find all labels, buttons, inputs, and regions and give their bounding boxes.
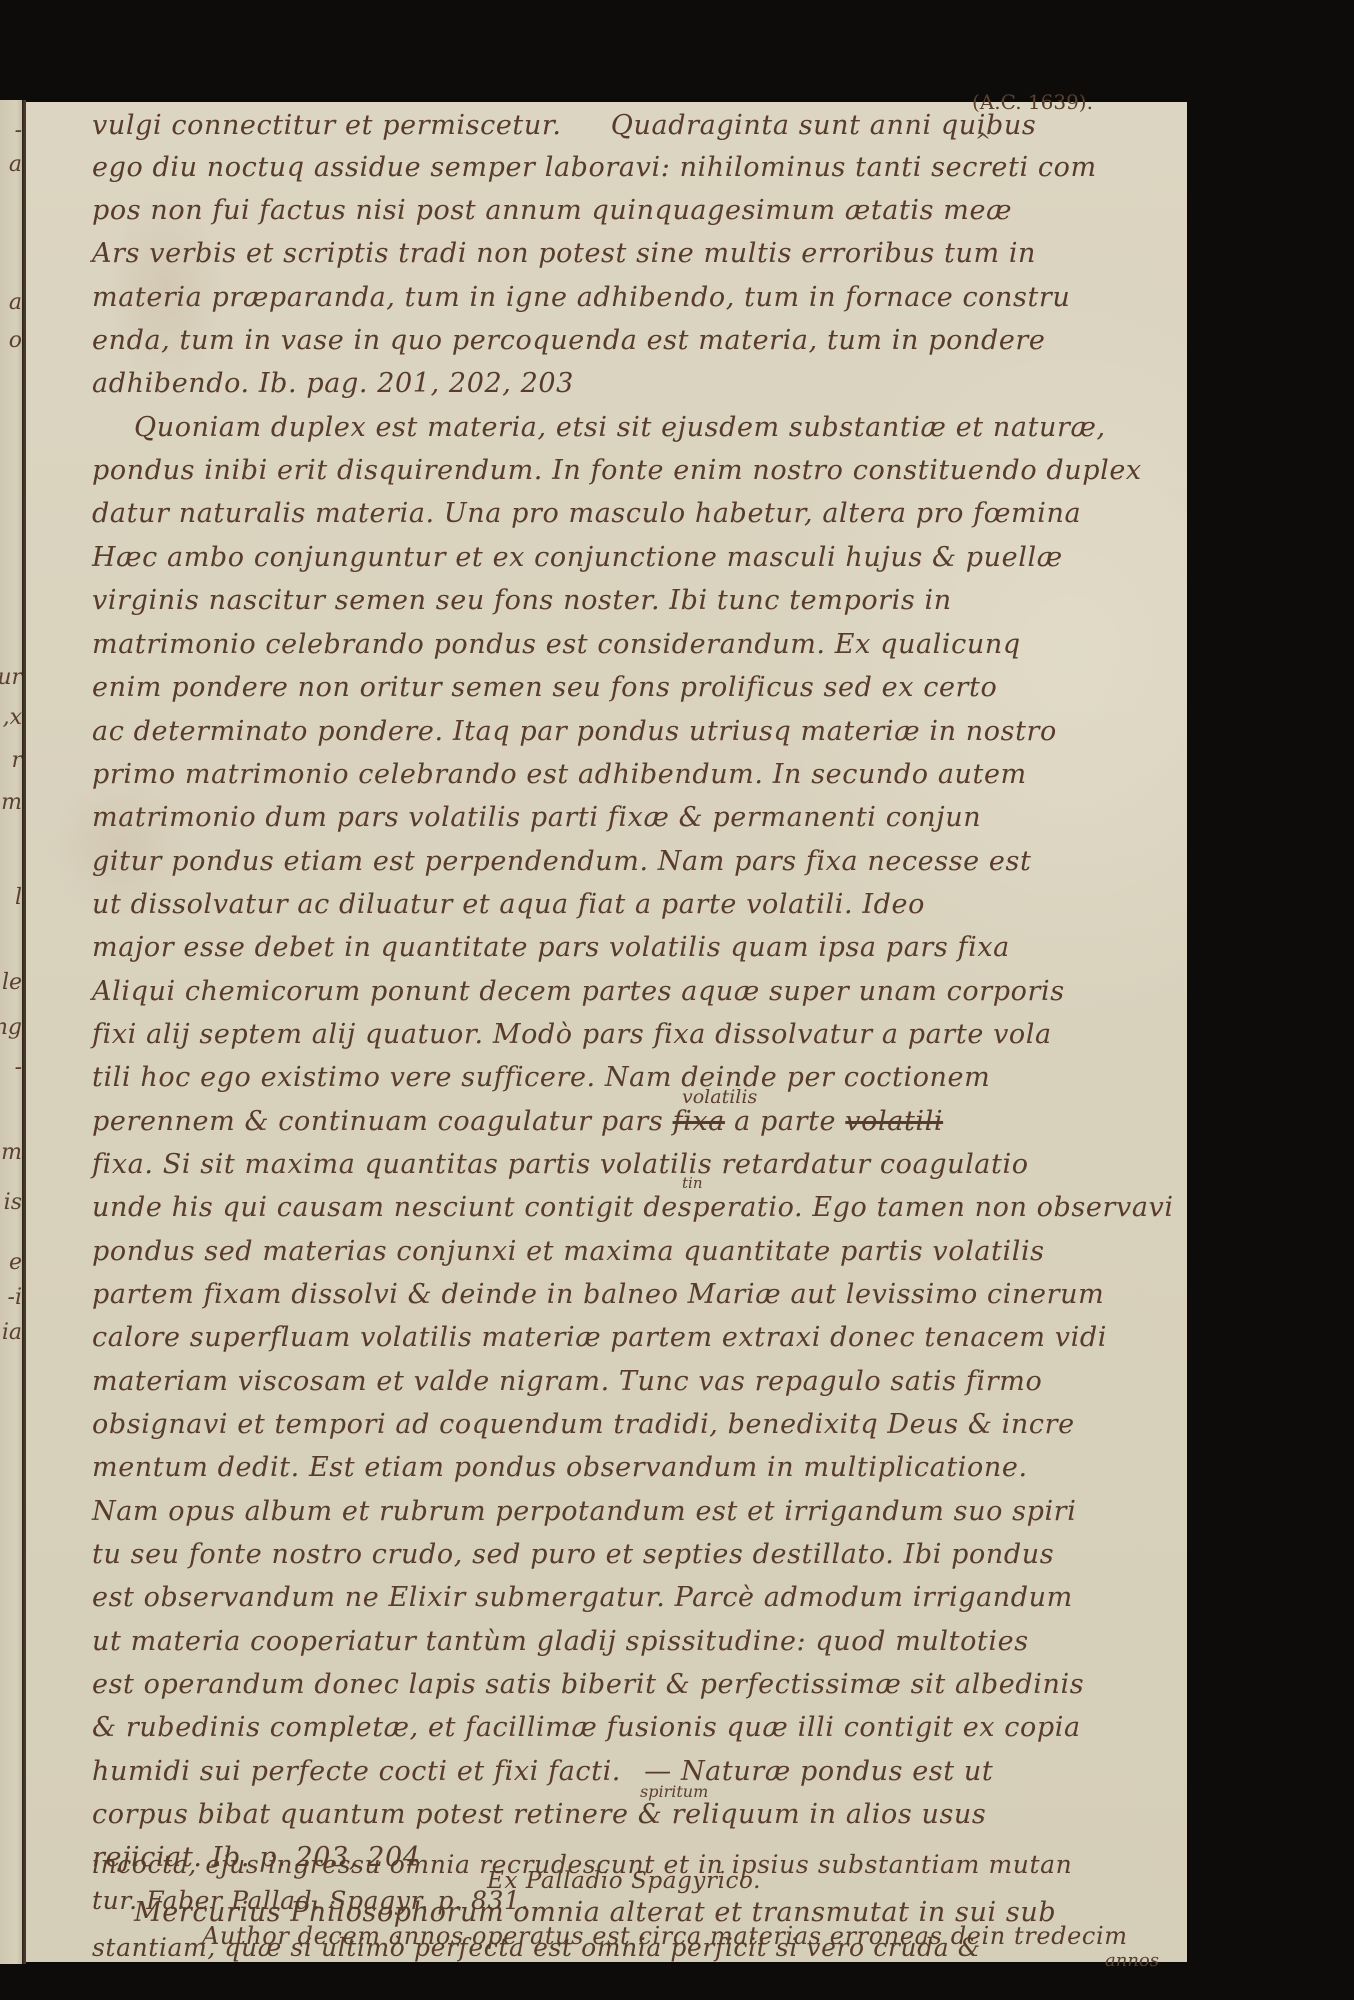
text-line: Hæc ambo conjunguntur et ex conjunctione… bbox=[92, 542, 1063, 573]
text-line: primo matrimonio celebrando est adhibend… bbox=[92, 759, 1027, 790]
text-line: ut materia cooperiatur tantùm gladij spi… bbox=[92, 1626, 1029, 1657]
text-line: partem fixam dissolvi & deinde in balneo… bbox=[92, 1279, 1104, 1310]
facing-fragment: le bbox=[0, 970, 22, 995]
text-line: tu seu fonte nostro crudo, sed puro et s… bbox=[92, 1539, 1054, 1570]
facing-fragment: is bbox=[0, 1190, 22, 1215]
line-segment: reliquum in alios usus bbox=[672, 1799, 987, 1830]
facing-fragment: o bbox=[0, 328, 22, 353]
text-line: vulgi connectitur et permiscetur. Quadra… bbox=[92, 110, 1036, 141]
text-line: mentum dedit. Est etiam pondus observand… bbox=[92, 1452, 1028, 1483]
manuscript-page: vulgi connectitur et permiscetur. Quadra… bbox=[26, 102, 1187, 1962]
interlinear-insertion: volatilis bbox=[682, 1086, 757, 1108]
text-line: pos non fui factus nisi post annum quinq… bbox=[92, 195, 1012, 226]
text-line: calore superfluam volatilis materiæ part… bbox=[92, 1322, 1107, 1353]
text-line: tili hoc ego existimo vere sufficere. Na… bbox=[92, 1062, 990, 1093]
facing-fragment: - bbox=[0, 118, 22, 143]
line-segment: humidi sui perfecte cocti et fixi facti. bbox=[92, 1756, 621, 1787]
line-segment: corpus bibat quantum potest retinere & bbox=[92, 1799, 662, 1830]
text-line: obsignavi et tempori ad coquendum tradid… bbox=[92, 1409, 1075, 1440]
text-line: adhibendo. Ib. pag. 201, 202, 203 bbox=[92, 368, 574, 399]
facing-fragment: i- bbox=[0, 1285, 22, 1310]
text-line: datur naturalis materia. Una pro masculo… bbox=[92, 498, 1081, 529]
text-line: Nam opus album et rubrum perpotandum est… bbox=[92, 1496, 1076, 1527]
interlinear-insertion: spiritum bbox=[640, 1782, 708, 1801]
facing-fragment: r bbox=[0, 748, 22, 773]
text-line: Ars verbis et scriptis tradi non potest … bbox=[92, 238, 1036, 269]
manuscript-tail: incocta, ejus ingressu omnia recrudescun… bbox=[92, 1838, 1182, 1958]
facing-fragment: a bbox=[0, 290, 22, 315]
facing-fragment: tum bbox=[0, 1140, 22, 1165]
citation-line: tur. Faber Pallad. Spagyr. p. 831. bbox=[92, 1886, 529, 1915]
text-line: & rubedinis completæ, et facillimæ fusio… bbox=[92, 1712, 1081, 1743]
line-segment: a parte bbox=[734, 1106, 836, 1137]
text-line: pondus inibi erit disquirendum. In fonte… bbox=[92, 455, 1142, 486]
facing-fragment: x, bbox=[0, 705, 22, 730]
text-line: fixa. Si sit maxima quantitas partis vol… bbox=[92, 1149, 1029, 1180]
text-line: fixi alij septem alij quatuor. Modò pars… bbox=[92, 1019, 1052, 1050]
facing-fragment: ia bbox=[0, 1320, 22, 1345]
text-line: humidi sui perfecte cocti et fixi facti.… bbox=[92, 1756, 993, 1787]
facing-fragment: l bbox=[0, 885, 22, 910]
facing-fragment: a bbox=[0, 152, 22, 177]
text-line: materia præparanda, tum in igne adhibend… bbox=[92, 282, 1070, 313]
interlinear-insertion: tin bbox=[682, 1174, 703, 1192]
facing-fragment: ur bbox=[0, 665, 22, 690]
text-line: corpus bibat quantum potest retinere & r… bbox=[92, 1799, 986, 1830]
struck-word: fixa bbox=[673, 1106, 725, 1137]
date-annotation: (A.C. 1639). bbox=[972, 90, 1093, 114]
text-line: materiam viscosam et valde nigram. Tunc … bbox=[92, 1366, 1042, 1397]
facing-fragment: m bbox=[0, 790, 22, 815]
line-segment: vulgi connectitur et permiscetur. bbox=[92, 110, 562, 141]
facing-fragment: e bbox=[0, 1250, 22, 1275]
text-line: ac determinato pondere. Itaq par pondus … bbox=[92, 716, 1057, 747]
text-line: matrimonio celebrando pondus est conside… bbox=[92, 629, 1021, 660]
text-line: est operandum donec lapis satis biberit … bbox=[92, 1669, 1084, 1700]
text-line: major esse debet in quantitate pars vola… bbox=[92, 932, 1010, 963]
paragraph-start-line: Quoniam duplex est materia, etsi sit eju… bbox=[134, 412, 1106, 443]
text-line: ut dissolvatur ac diluatur et aqua fiat … bbox=[92, 889, 925, 920]
text-line: est observandum ne Elixir submergatur. P… bbox=[92, 1582, 1073, 1613]
catchword: annos bbox=[1105, 1950, 1159, 1971]
text-line: virginis nascitur semen seu fons noster.… bbox=[92, 585, 952, 616]
text-line: enim pondere non oritur semen seu fons p… bbox=[92, 672, 997, 703]
facing-fragment: - bbox=[0, 1055, 22, 1080]
text-line: enda, tum in vase in quo percoquenda est… bbox=[92, 325, 1046, 356]
struck-word: volatili bbox=[845, 1106, 943, 1137]
text-line: matrimonio dum pars volatilis parti fixæ… bbox=[92, 802, 981, 833]
line-segment: perennem & continuam coagulatur pars bbox=[92, 1106, 663, 1137]
text-line: incocta, ejus ingressu omnia recrudescun… bbox=[92, 1850, 1072, 1879]
facing-fragment: ng bbox=[0, 1015, 22, 1040]
insertion-caret: ^ bbox=[975, 130, 991, 152]
text-line: pondus sed materias conjunxi et maxima q… bbox=[92, 1236, 1045, 1267]
text-line: gitur pondus etiam est perpendendum. Nam… bbox=[92, 846, 1031, 877]
text-line: Author decem annos operatus est circa ma… bbox=[202, 1922, 1128, 1950]
text-line: Aliqui chemicorum ponunt decem partes aq… bbox=[92, 976, 1065, 1007]
text-line: ego diu noctuq assidue semper laboravi: … bbox=[92, 152, 1097, 183]
text-line: unde his qui causam nesciunt contigit de… bbox=[92, 1192, 1174, 1223]
line-segment: Quadraginta sunt anni bbox=[611, 110, 932, 141]
facing-page-strip: - a a o ur x, r m l le ng - tum is e i- … bbox=[0, 100, 24, 1964]
text-line: perennem & continuam coagulatur pars fix… bbox=[92, 1106, 943, 1137]
